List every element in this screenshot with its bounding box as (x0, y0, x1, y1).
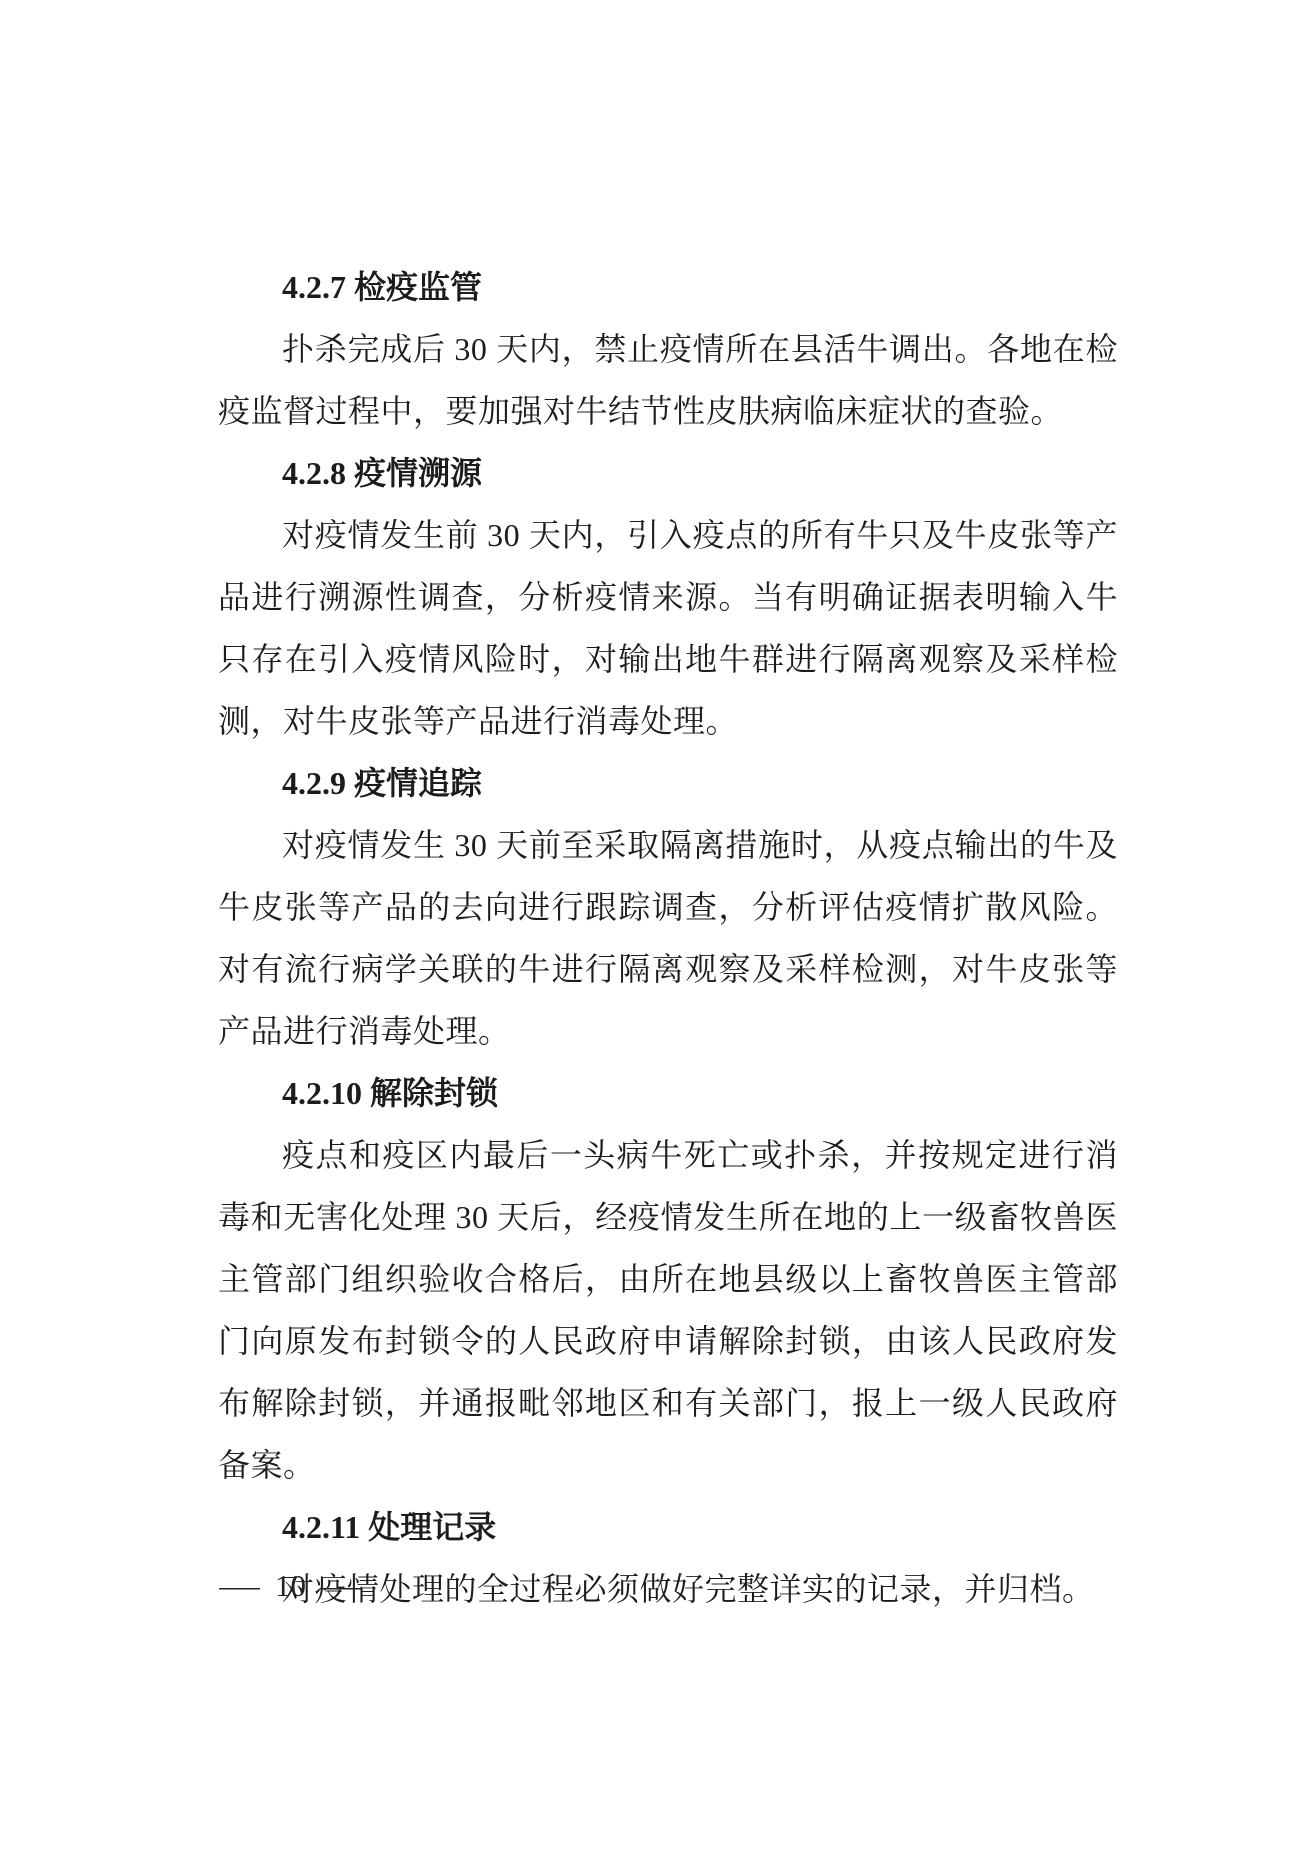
page-content: 4.2.7 检疫监管 扑杀完成后 30 天内，禁止疫情所在县活牛调出。各地在检疫… (218, 256, 1118, 1620)
page-footer: — 10 — (224, 1566, 357, 1606)
section-heading-4-2-11: 4.2.11 处理记录 (218, 1496, 1118, 1558)
section-paragraph-4-2-7: 扑杀完成后 30 天内，禁止疫情所在县活牛调出。各地在检疫监督过程中，要加强对牛… (218, 318, 1118, 442)
section-paragraph-4-2-8: 对疫情发生前 30 天内，引入疫点的所有牛只及牛皮张等产品进行溯源性调查，分析疫… (218, 504, 1118, 752)
section-heading-4-2-8: 4.2.8 疫情溯源 (218, 442, 1118, 504)
section-heading-4-2-9: 4.2.9 疫情追踪 (218, 752, 1118, 814)
footer-right-dash: — (321, 1566, 361, 1606)
section-paragraph-4-2-9: 对疫情发生 30 天前至采取隔离措施时，从疫点输出的牛及牛皮张等产品的去向进行跟… (218, 814, 1118, 1062)
section-paragraph-4-2-10: 疫点和疫区内最后一头病牛死亡或扑杀，并按规定进行消毒和无害化处理 30 天后，经… (218, 1124, 1118, 1496)
document-page: 4.2.7 检疫监管 扑杀完成后 30 天内，禁止疫情所在县活牛调出。各地在检疫… (0, 0, 1314, 1860)
page-number: 10 (275, 1566, 306, 1606)
footer-left-dash: — (219, 1566, 259, 1606)
section-heading-4-2-10: 4.2.10 解除封锁 (218, 1062, 1118, 1124)
section-heading-4-2-7: 4.2.7 检疫监管 (218, 256, 1118, 318)
